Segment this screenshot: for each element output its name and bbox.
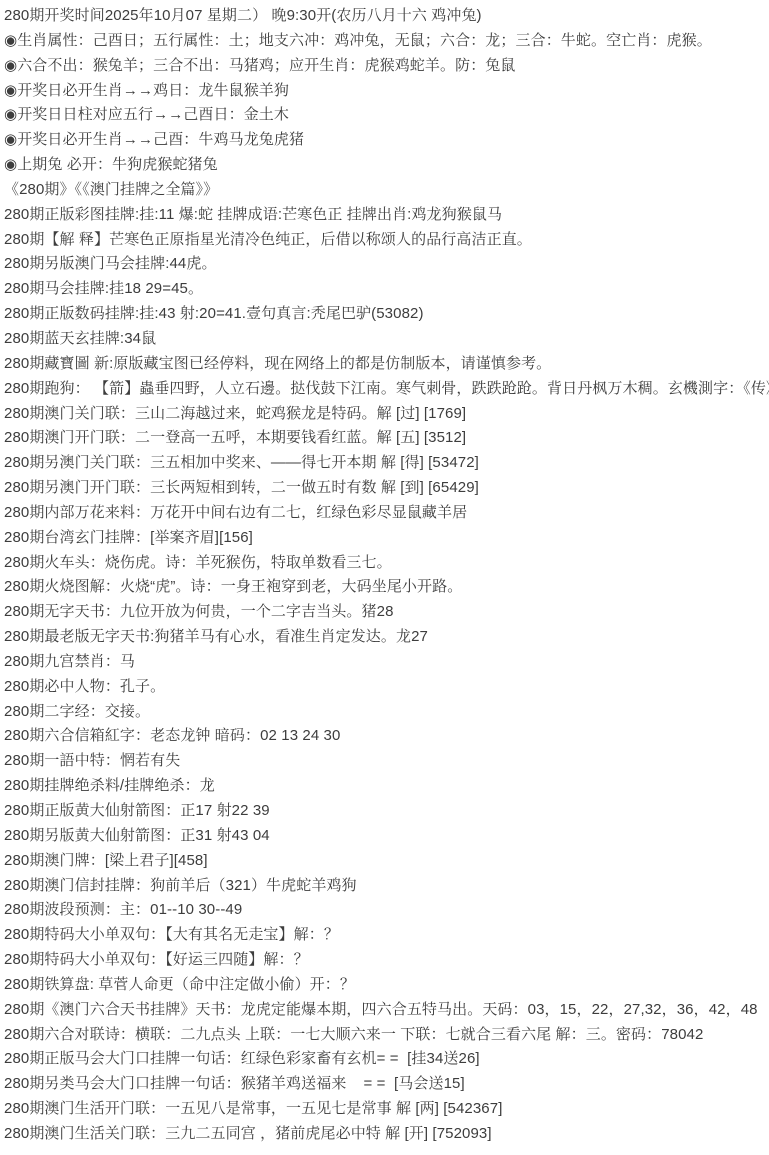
text-line: 280期正版彩图挂牌:挂:11 爆:蛇 挂牌成语:芒寒色正 挂牌出肖:鸡龙狗猴鼠… — [4, 203, 769, 228]
text-line: ◉六合不出：猴兔羊；三合不出：马猪鸡；应开生肖：虎猴鸡蛇羊。防：兔鼠 — [4, 54, 769, 79]
text-line: 280期铁算盘: 草菅人命更（命中注定做小偷）开：？ — [4, 973, 769, 998]
text-line: 280期台湾玄门挂牌：[举案齐眉][156] — [4, 526, 769, 551]
text-line: 280期开奖时间2025年10月07 星期二） 晚9:30开(农历八月十六 鸡冲… — [4, 4, 769, 29]
text-line: 280期藏寶圖 新:原版藏宝图已经停料，现在网络上的都是仿制版本，请谨慎参考。 — [4, 352, 769, 377]
text-line: 280期澳门信封挂牌：狗前羊后（321）牛虎蛇羊鸡狗 — [4, 874, 769, 899]
text-line: 280期澳门牌：[梁上君子][458] — [4, 849, 769, 874]
text-line: ◉生肖属性：己酉日；五行属性：土；地支六冲：鸡冲兔，无鼠；六合：龙；三合：牛蛇。… — [4, 29, 769, 54]
text-line: 280期另澳门开门联：三长两短相到转，二一做五时有数 解 [到] [65429] — [4, 476, 769, 501]
text-line: 280期六合信箱紅字：老态龙钟 暗码：02 13 24 30 — [4, 724, 769, 749]
text-line: 《280期》《《澳门挂牌之全篇》》 — [4, 178, 769, 203]
text-line: 280期跑狗： 【箭】蟲垂四野，人立石邊。挞伐鼓下江南。寒气刺骨，跌跌跄跄。背日… — [4, 377, 769, 402]
text-line: ◉开奖日必开生肖→→鸡日：龙牛鼠猴羊狗 — [4, 79, 769, 104]
text-line: 280期澳门开门联：二一登高一五呼，本期要钱看红蓝。解 [五] [3512] — [4, 426, 769, 451]
text-line: 280期一語中特：惘若有失 — [4, 749, 769, 774]
text-line: 280期正版黄大仙射箭图：正17 射22 39 — [4, 799, 769, 824]
text-line: 280期另版澳门马会挂牌:44虎。 — [4, 252, 769, 277]
text-line: 280期九宫禁肖：马 — [4, 650, 769, 675]
text-line: 280期澳门生活开门联：一五见八是常事，一五见七是常事 解 [两] [54236… — [4, 1097, 769, 1122]
text-line: 280期另类马会大门口挂牌一句话：猴猪羊鸡送福来 = = [马会送15] — [4, 1072, 769, 1097]
text-line: 280期六合对联诗：横联：二九点头 上联：一七大顺六来一 下联：七就合三看六尾 … — [4, 1023, 769, 1048]
text-line: 280期澳门生活关门联：三九二五同宫 ，猪前虎尾必中特 解 [开] [75209… — [4, 1122, 769, 1147]
text-line: ◉上期兔 必开：牛狗虎猴蛇猪兔 — [4, 153, 769, 178]
text-line: 280期火烧图解：火烧“虎”。诗：一身王袍穿到老，大码坐尾小开路。 — [4, 575, 769, 600]
text-line: 280期【解 释】芒寒色正原指星光清冷色纯正，后借以称颂人的品行高洁正直。 — [4, 228, 769, 253]
text-line: 280期特码大小单双句：【好运三四随】解：？ — [4, 948, 769, 973]
text-line: ◉开奖日必开生肖→→己酉：牛鸡马龙兔虎猪 — [4, 128, 769, 153]
text-line: 280期正版马会大门口挂牌一句话：红绿色彩家畜有玄机= = [挂34送26] — [4, 1047, 769, 1072]
text-line: 280期澳门关门联：三山二海越过来，蛇鸡猴龙是特码。解 [过] [1769] — [4, 402, 769, 427]
text-line: 280期波段预测：主：01--10 30--49 — [4, 898, 769, 923]
text-line: 280期特码大小单双句：【大有其名无走宝】解：？ — [4, 923, 769, 948]
text-line: 280期正版数码挂牌:挂:43 射:20=41.壹句真言:秃尾巴驴(53082) — [4, 302, 769, 327]
text-line: 280期《澳门六合天书挂牌》天书：龙虎定能爆本期，四六合五特马出。天码：03，1… — [4, 998, 769, 1023]
text-line: ◉开奖日日柱对应五行→→己酉日：金土木 — [4, 103, 769, 128]
text-line: 280期无字天书：九位开放为何贵，一个二字吉当头。猪28 — [4, 600, 769, 625]
text-line: 280期蓝天玄挂牌:34鼠 — [4, 327, 769, 352]
text-line: 280期另澳门关门联：三五相加中奖来、——得七开本期 解 [得] [53472] — [4, 451, 769, 476]
text-line: 280期挂牌绝杀料/挂牌绝杀：龙 — [4, 774, 769, 799]
text-line: 280期马会挂牌:挂18 29=45。 — [4, 277, 769, 302]
text-line: 280期二字经：交接。 — [4, 700, 769, 725]
text-line: 280期火车头：烧伤虎。诗：羊死猴伤，特取单数看三七。 — [4, 551, 769, 576]
text-line: 280期最老版无字天书:狗猪羊马有心水，看准生肖定发达。龙27 — [4, 625, 769, 650]
text-line: 280期必中人物：孔子。 — [4, 675, 769, 700]
lottery-tips-text-page: 280期开奖时间2025年10月07 星期二） 晚9:30开(农历八月十六 鸡冲… — [0, 0, 769, 1147]
text-line: 280期内部万花来料：万花开中间右边有二七，红绿色彩尽显鼠藏羊居 — [4, 501, 769, 526]
text-line: 280期另版黄大仙射箭图：正31 射43 04 — [4, 824, 769, 849]
